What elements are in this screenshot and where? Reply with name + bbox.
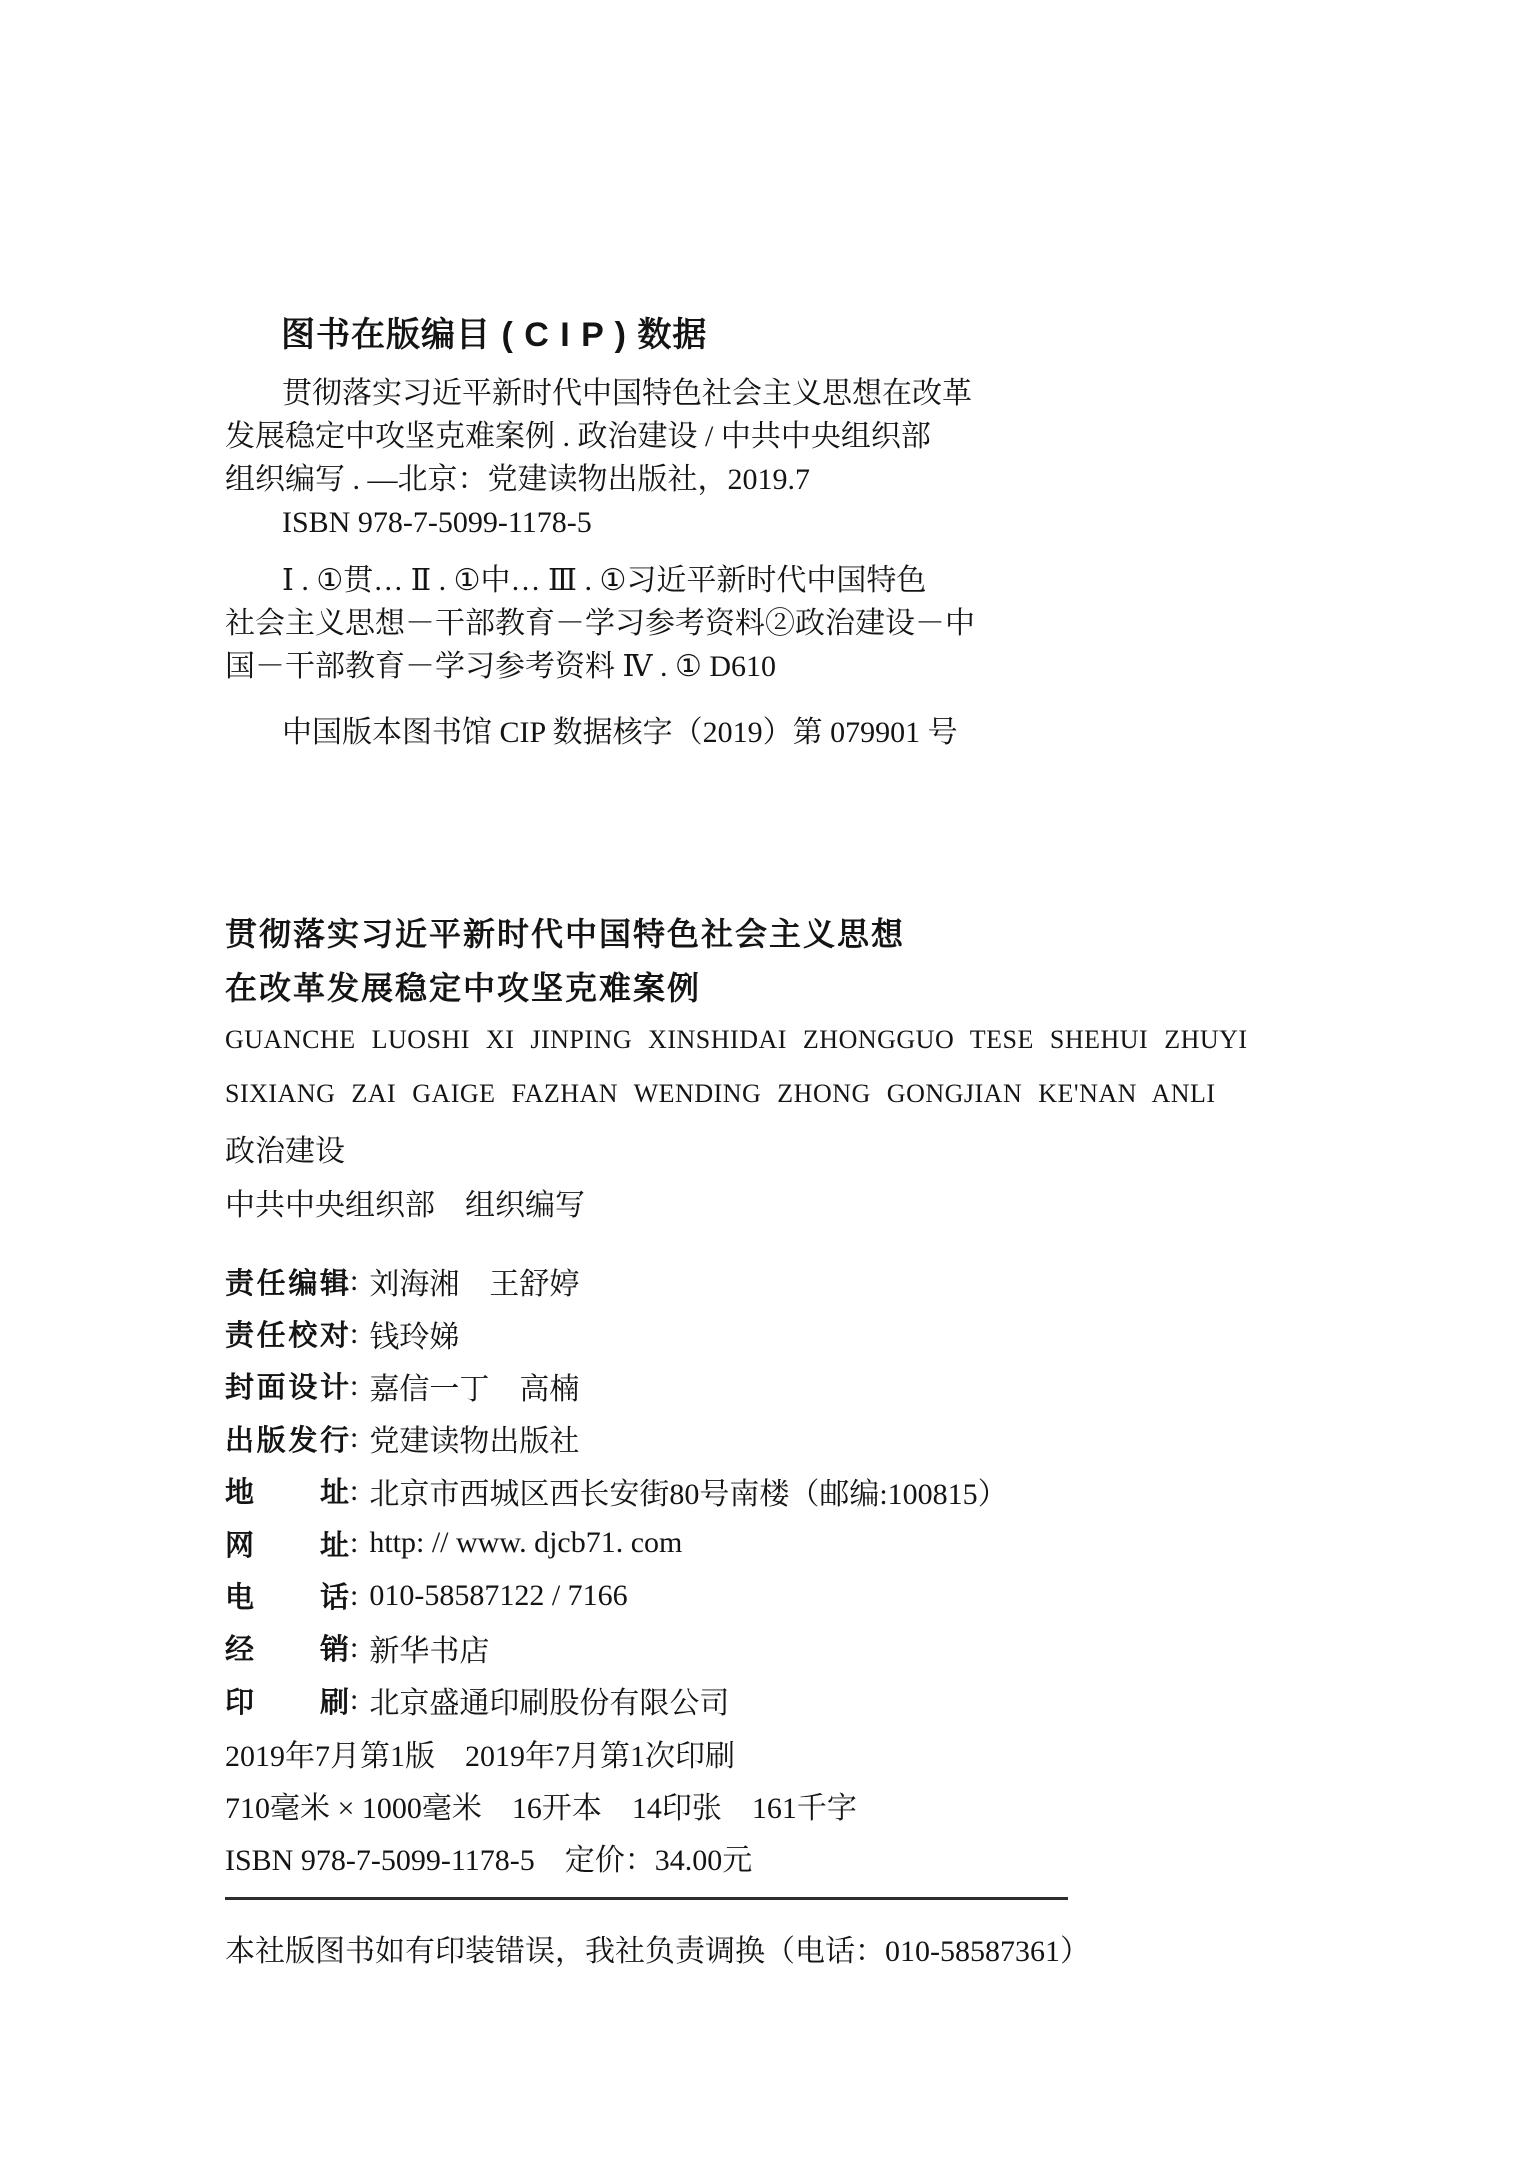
book-subtitle: 政治建设 — [225, 1121, 1248, 1175]
colophon-label: 网址 — [225, 1523, 349, 1564]
colophon-label: 责任编辑 — [225, 1261, 349, 1302]
colophon-label: 印刷 — [225, 1680, 349, 1721]
cip-bib-line-2: 发展稳定中攻坚克难案例 . 政治建设 / 中共中央组织部 — [225, 415, 1085, 458]
colophon-row-distributor: 经销:新华书店 — [225, 1622, 1008, 1674]
cip-class-line-1: Ⅰ . ①贯… Ⅱ . ①中… Ⅲ . ①习近平新时代中国特色 — [225, 559, 1085, 602]
colophon-colon: : — [350, 1474, 358, 1508]
colophon-row-publisher: 出版发行:党建读物出版社 — [225, 1412, 1008, 1464]
colophon-colon: : — [350, 1421, 358, 1455]
colophon-colon: : — [350, 1369, 358, 1403]
colophon-value: 北京市西城区西长安街80号南楼（邮编:100815） — [369, 1469, 1007, 1513]
cip-record-number-line: 中国版本图书馆 CIP 数据核字（2019）第 079901 号 — [225, 711, 958, 754]
colophon-colon: : — [350, 1526, 358, 1560]
colophon-format-line: 710毫米 × 1000毫米 16开本 14印张 161千字 — [225, 1779, 1008, 1831]
colophon-label: 经销 — [225, 1627, 349, 1668]
colophon-label: 地址 — [225, 1470, 349, 1511]
colophon-value: http: // www. djcb71. com — [369, 1526, 682, 1560]
book-title-cn-line-2: 在改革发展稳定中攻坚克难案例 — [225, 959, 1248, 1013]
colophon-value: 嘉信一丁 高楠 — [369, 1364, 579, 1408]
colophon-row-proofreader: 责任校对:钱玲娣 — [225, 1307, 1008, 1359]
colophon-value: 北京盛通印刷股份有限公司 — [369, 1678, 729, 1722]
colophon-value: 党建读物出版社 — [369, 1416, 579, 1460]
cip-isbn-line: ISBN 978-7-5099-1178-5 — [225, 501, 1085, 544]
colophon-row-address: 地址:北京市西城区西长安街80号南楼（邮编:100815） — [225, 1465, 1008, 1517]
book-byline: 中共中央组织部 组织编写 — [225, 1175, 1248, 1229]
book-title-pinyin-line-1: GUANCHE LUOSHI XI JINPING XINSHIDAI ZHON… — [225, 1013, 1248, 1067]
cip-section-title: 图书在版编目 ( C I P ) 数据 — [281, 307, 707, 356]
book-title-block: 贯彻落实习近平新时代中国特色社会主义思想 在改革发展稳定中攻坚克难案例 GUAN… — [225, 905, 1248, 1229]
colophon-colon: : — [350, 1631, 358, 1665]
cip-bib-line-3: 组织编写 . —北京：党建读物出版社，2019.7 — [225, 458, 1085, 501]
divider-rule — [225, 1897, 1068, 1900]
colophon-colon: : — [350, 1579, 358, 1613]
colophon-label: 电话 — [225, 1575, 349, 1616]
cip-bib-line-1: 贯彻落实习近平新时代中国特色社会主义思想在改革 — [225, 372, 1085, 415]
colophon-colon: : — [350, 1317, 358, 1351]
colophon-label: 责任校对 — [225, 1313, 349, 1354]
colophon-row-printer: 印刷:北京盛通印刷股份有限公司 — [225, 1674, 1008, 1726]
colophon-edition-line: 2019年7月第1版 2019年7月第1次印刷 — [225, 1727, 1008, 1779]
book-copyright-page: 图书在版编目 ( C I P ) 数据 贯彻落实习近平新时代中国特色社会主义思想… — [0, 0, 1536, 2175]
colophon-colon: : — [350, 1264, 358, 1298]
book-title-cn-line-1: 贯彻落实习近平新时代中国特色社会主义思想 — [225, 905, 1248, 959]
cip-bibliographic-paragraph: 贯彻落实习近平新时代中国特色社会主义思想在改革 发展稳定中攻坚克难案例 . 政治… — [225, 372, 1085, 544]
colophon-row-website: 网址:http: // www. djcb71. com — [225, 1517, 1008, 1569]
colophon-label: 出版发行 — [225, 1418, 349, 1459]
colophon-value: 010-58587122 / 7166 — [369, 1579, 627, 1613]
colophon-row-phone: 电话:010-58587122 / 7166 — [225, 1569, 1008, 1621]
colophon-value: 钱玲娣 — [369, 1312, 459, 1356]
colophon-row-editor: 责任编辑:刘海湘 王舒婷 — [225, 1255, 1008, 1307]
colophon-list: 责任编辑:刘海湘 王舒婷 责任校对:钱玲娣 封面设计:嘉信一丁 高楠 出版发行:… — [225, 1255, 1008, 1884]
colophon-colon: : — [350, 1683, 358, 1717]
cip-classification-paragraph: Ⅰ . ①贯… Ⅱ . ①中… Ⅲ . ①习近平新时代中国特色 社会主义思想－干… — [225, 559, 1085, 688]
colophon-value: 新华书店 — [369, 1626, 489, 1670]
cip-class-line-2: 社会主义思想－干部教育－学习参考资料②政治建设－中 — [225, 602, 1085, 645]
colophon-label: 封面设计 — [225, 1365, 349, 1406]
cip-class-line-3: 国－干部教育－学习参考资料 Ⅳ . ① D610 — [225, 645, 1085, 688]
colophon-row-cover-design: 封面设计:嘉信一丁 高楠 — [225, 1360, 1008, 1412]
colophon-value: 刘海湘 王舒婷 — [369, 1259, 579, 1303]
book-title-pinyin-line-2: SIXIANG ZAI GAIGE FAZHAN WENDING ZHONG G… — [225, 1067, 1248, 1121]
colophon-isbn-price-line: ISBN 978-7-5099-1178-5 定价：34.00元 — [225, 1831, 1008, 1883]
footer-replacement-note: 本社版图书如有印装错误，我社负责调换（电话：010-58587361） — [225, 1926, 1090, 1970]
